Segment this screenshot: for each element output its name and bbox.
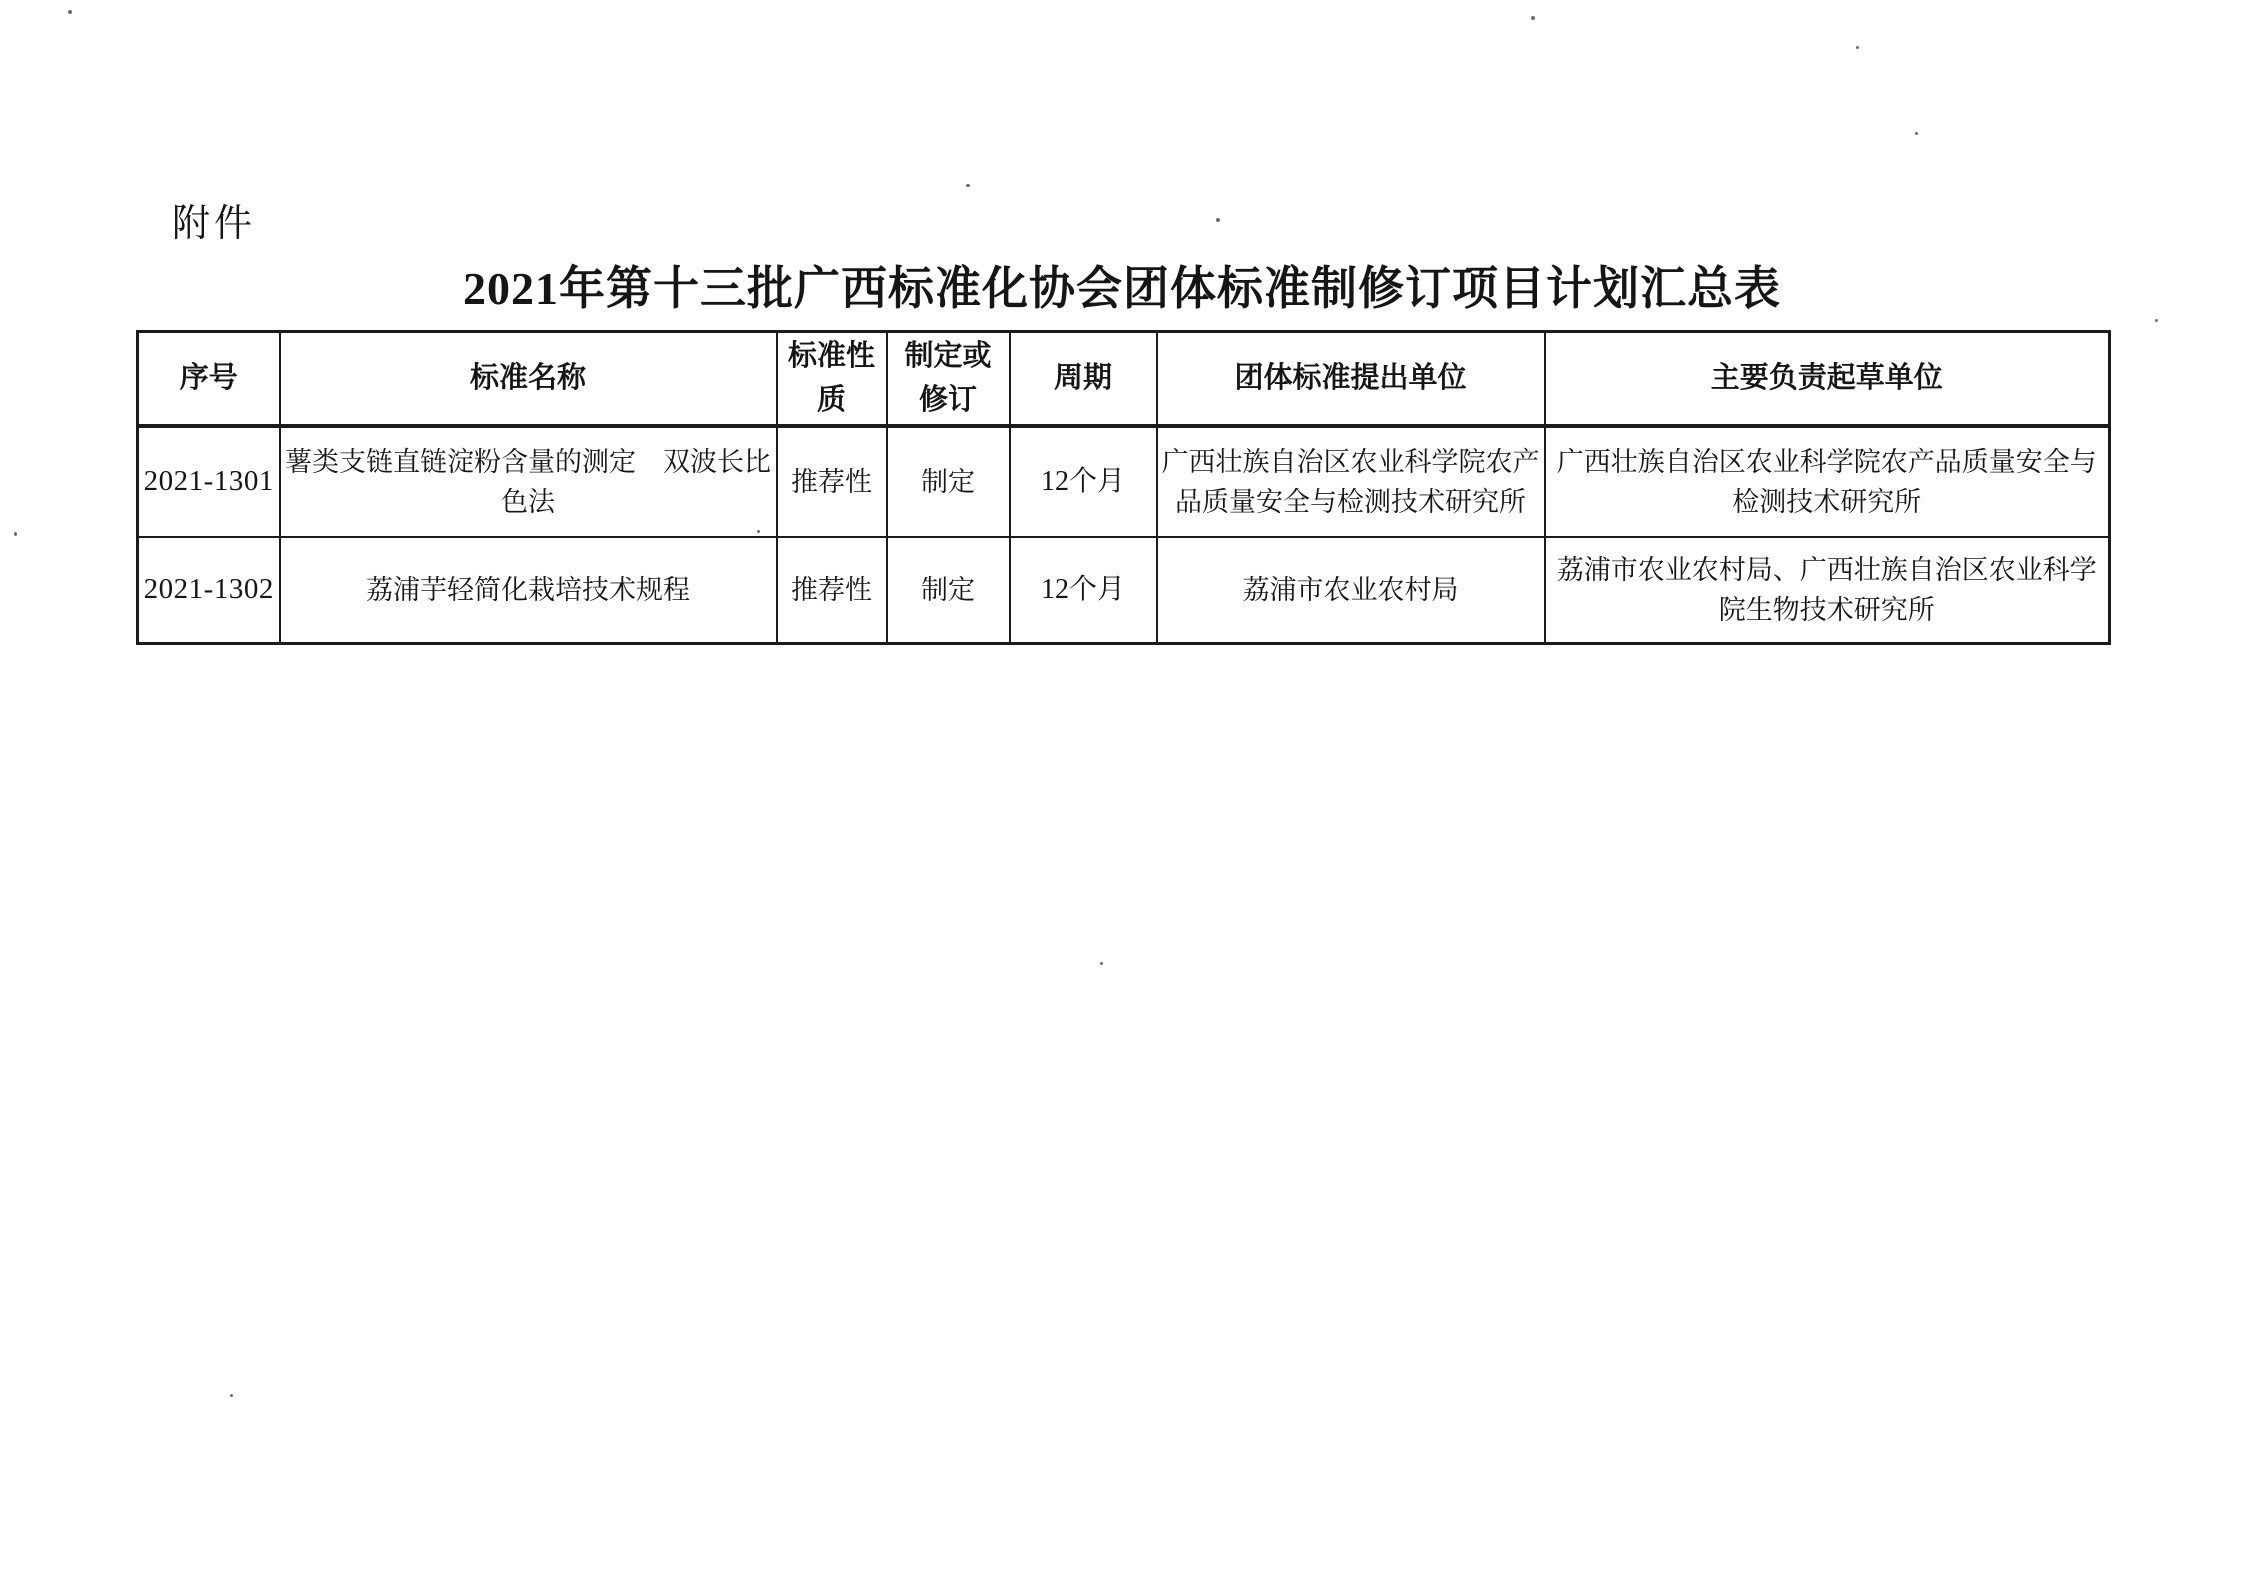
header-serial-number: 序号 [138,332,280,427]
header-period: 周期 [1010,332,1157,427]
standards-plan-table: 序号 标准名称 标准性质 制定或修订 周期 团体标准提出单位 主要负责起草单位 … [136,330,2111,645]
scan-speck [1915,132,1918,135]
scan-speck [1100,962,1103,965]
header-standard-name: 标准名称 [280,332,777,427]
scan-speck [1216,218,1220,222]
header-proposing-unit: 团体标准提出单位 [1157,332,1545,427]
cell-standard-name: 荔浦芋轻简化栽培技术规程 [280,537,777,644]
scan-speck [230,1394,233,1397]
document-title: 2021年第十三批广西标准化协会团体标准制修订项目计划汇总表 [136,252,2108,318]
attachment-label: 附件 [172,192,256,247]
table-header-row: 序号 标准名称 标准性质 制定或修订 周期 团体标准提出单位 主要负责起草单位 [138,332,2110,427]
header-drafting-unit: 主要负责起草单位 [1545,332,2110,427]
cell-revision-type: 制定 [887,426,1010,537]
scan-speck [1531,16,1535,20]
scan-speck [1856,46,1859,49]
scan-speck [14,532,17,536]
cell-standard-nature: 推荐性 [777,426,887,537]
cell-drafting-unit: 广西壮族自治区农业科学院农产品质量安全与检测技术研究所 [1545,426,2110,537]
cell-period: 12个月 [1010,537,1157,644]
cell-drafting-unit: 荔浦市农业农村局、广西壮族自治区农业科学院生物技术研究所 [1545,537,2110,644]
table-row: 2021-1301 薯类支链直链淀粉含量的测定 双波长比色法 推荐性 制定 12… [138,426,2110,537]
cell-period: 12个月 [1010,426,1157,537]
table-row: 2021-1302 荔浦芋轻简化栽培技术规程 推荐性 制定 12个月 荔浦市农业… [138,537,2110,644]
cell-proposing-unit: 广西壮族自治区农业科学院农产品质量安全与检测技术研究所 [1157,426,1545,537]
scan-speck [757,530,760,533]
header-standard-nature: 标准性质 [777,332,887,427]
cell-standard-name: 薯类支链直链淀粉含量的测定 双波长比色法 [280,426,777,537]
header-revision-type: 制定或修订 [887,332,1010,427]
scan-speck [68,10,72,14]
cell-standard-nature: 推荐性 [777,537,887,644]
cell-proposing-unit: 荔浦市农业农村局 [1157,537,1545,644]
scan-speck [2155,319,2158,322]
cell-serial-number: 2021-1301 [138,426,280,537]
scan-speck [966,184,970,187]
scanned-document-page: 附件 2021年第十三批广西标准化协会团体标准制修订项目计划汇总表 序号 标准名… [0,0,2245,1586]
cell-serial-number: 2021-1302 [138,537,280,644]
cell-revision-type: 制定 [887,537,1010,644]
